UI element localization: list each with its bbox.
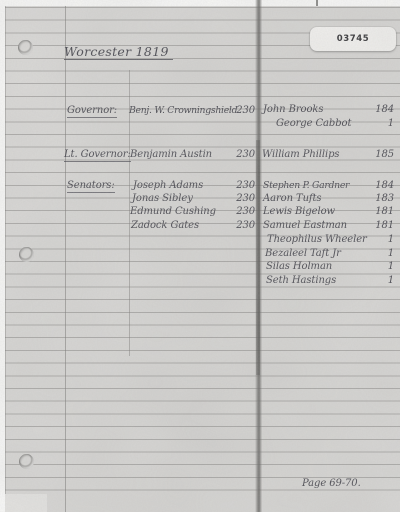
archive-number: 03745: [337, 34, 370, 44]
opponent-vote-count: 1: [356, 118, 394, 130]
opponent-vote-count: 1: [356, 275, 394, 287]
opponent-vote-count: 183: [356, 193, 394, 205]
opponent-vote-count: 185: [356, 149, 394, 161]
punch-hole-top: [18, 40, 33, 55]
vote-count: 230: [225, 193, 255, 205]
opponent-vote-count: 181: [356, 206, 394, 218]
opponent-name: Lewis Bigelow: [263, 206, 335, 218]
office-label-senators: Senators:: [67, 180, 115, 193]
opponent-name: Silas Holman: [266, 261, 332, 273]
opponent-name: Samuel Eastman: [263, 220, 347, 232]
opponent-name: William Phillips: [262, 149, 339, 161]
opponent-vote-count: 1: [356, 248, 394, 260]
opponent-name: John Brooks: [263, 104, 323, 116]
opponent-name: Stephen P. Gardner: [263, 180, 349, 192]
margin-line: [65, 6, 66, 512]
opponent-name: Theophilus Wheeler: [267, 234, 367, 246]
vote-count: 230: [225, 180, 255, 192]
office-label-lt-governor: Lt. Governor:: [64, 149, 131, 162]
opponent-vote-count: 184: [356, 104, 394, 116]
opponent-vote-count: 1: [356, 261, 394, 273]
vote-count: 230: [225, 105, 255, 117]
opponent-vote-count: 1: [356, 234, 394, 246]
page-fold-shadow-dark: [256, 140, 260, 375]
scanned-document: 03745 Worcester 1819 Governor: Benj. W. …: [0, 0, 400, 512]
candidate-name: Benjamin Austin: [130, 149, 212, 161]
page-footer: Page 69-70.: [302, 478, 361, 490]
office-label-governor: Governor:: [67, 105, 117, 118]
punch-hole-bottom: [19, 454, 34, 469]
opponent-name: Seth Hastings: [266, 275, 336, 287]
vote-count: 230: [225, 220, 255, 232]
vote-count: 230: [225, 206, 255, 218]
underlying-page-corner: [5, 494, 47, 512]
opponent-name: George Cabbot: [276, 118, 351, 130]
scan-edge-mark: [316, 0, 318, 6]
archive-number-sticker: 03745: [310, 27, 396, 51]
opponent-name: Aaron Tufts: [263, 193, 321, 205]
vote-count: 230: [225, 149, 255, 161]
opponent-name: Bezaleel Taft Jr: [265, 248, 341, 260]
opponent-vote-count: 184: [356, 180, 394, 192]
page-title: Worcester 1819: [64, 46, 173, 60]
opponent-vote-count: 181: [356, 220, 394, 232]
candidate-name: Edmund Cushing: [130, 206, 216, 218]
punch-hole-middle: [19, 247, 34, 262]
candidate-name: Joseph Adams: [133, 180, 203, 192]
candidate-name: Benj. W. Crowningshield: [129, 105, 237, 117]
candidate-name: Zadock Gates: [131, 220, 199, 232]
candidate-name: Jonas Sibley: [132, 193, 193, 205]
